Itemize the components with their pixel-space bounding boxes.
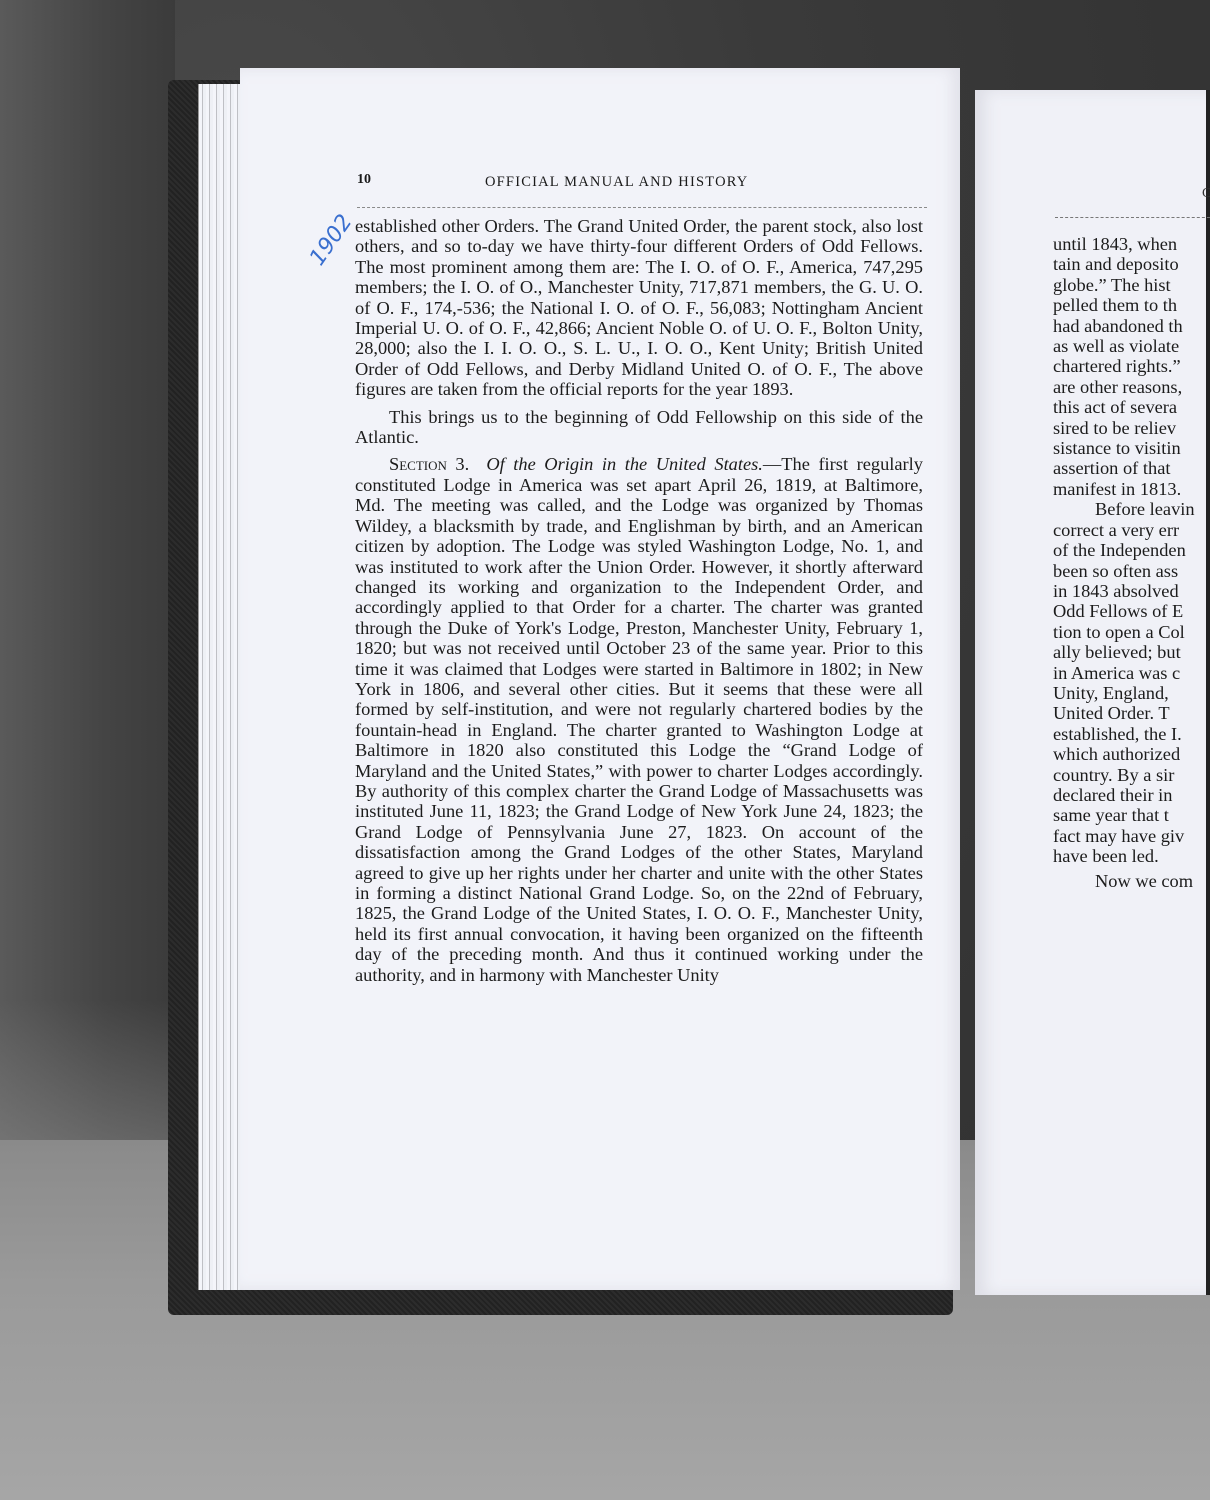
right-line: Unity, England,: [1053, 683, 1210, 703]
right-line: have been led.: [1053, 846, 1210, 866]
right-line: until 1843, when: [1053, 234, 1210, 254]
right-line: established, the I.: [1053, 724, 1210, 744]
page-edges: [198, 84, 243, 1290]
right-line: assertion of that: [1053, 458, 1210, 478]
right-running-head-fragment: C: [1202, 186, 1210, 202]
left-page-body: established other Orders. The Grand Unit…: [355, 216, 923, 985]
right-line: Now we com: [1053, 871, 1210, 891]
section-title: Of the Origin in the United States.: [486, 454, 763, 474]
right-line: globe.” The hist: [1053, 275, 1210, 295]
right-line: chartered rights.”: [1053, 356, 1210, 376]
right-line: ally believed; but: [1053, 642, 1210, 662]
right-line: same year that t: [1053, 805, 1210, 825]
right-line: had abandoned th: [1053, 316, 1210, 336]
paragraph-atlantic: This brings us to the beginning of Odd F…: [355, 407, 923, 448]
header-rule: [357, 207, 927, 208]
right-line: United Order. T: [1053, 703, 1210, 723]
right-line: as well as violate: [1053, 336, 1210, 356]
right-line: of the Independen: [1053, 540, 1210, 560]
running-head: 10 OFFICIAL MANUAL AND HISTORY: [357, 172, 927, 194]
right-line: manifest in 1813.: [1053, 479, 1210, 499]
right-line: fact may have giv: [1053, 826, 1210, 846]
right-header-rule: [1055, 217, 1210, 218]
running-head-title: OFFICIAL MANUAL AND HISTORY: [485, 174, 748, 191]
right-line: tain and deposito: [1053, 254, 1210, 274]
right-line: declared their in: [1053, 785, 1210, 805]
paragraph-section-3: Section 3. Of the Origin in the United S…: [355, 454, 923, 985]
right-line: tion to open a Col: [1053, 622, 1210, 642]
right-line: Before leavin: [1053, 499, 1210, 519]
right-line: in America was c: [1053, 663, 1210, 683]
page-number: 10: [357, 172, 371, 188]
right-line: been so often ass: [1053, 561, 1210, 581]
right-page-body: until 1843, when tain and deposito globe…: [1053, 234, 1210, 891]
right-line: Odd Fellows of E: [1053, 601, 1210, 621]
section-body: —The first regularly constituted Lodge i…: [355, 454, 923, 984]
paragraph-orders: established other Orders. The Grand Unit…: [355, 216, 923, 400]
right-line: correct a very err: [1053, 520, 1210, 540]
right-line: are other reasons,: [1053, 377, 1210, 397]
right-line: which authorized: [1053, 744, 1210, 764]
right-line: sired to be reliev: [1053, 418, 1210, 438]
right-line: this act of severa: [1053, 397, 1210, 417]
right-line: country. By a sir: [1053, 765, 1210, 785]
section-label: Section 3.: [389, 454, 469, 474]
right-line: pelled them to th: [1053, 295, 1210, 315]
right-line: sistance to visitin: [1053, 438, 1210, 458]
right-line: in 1843 absolved: [1053, 581, 1210, 601]
